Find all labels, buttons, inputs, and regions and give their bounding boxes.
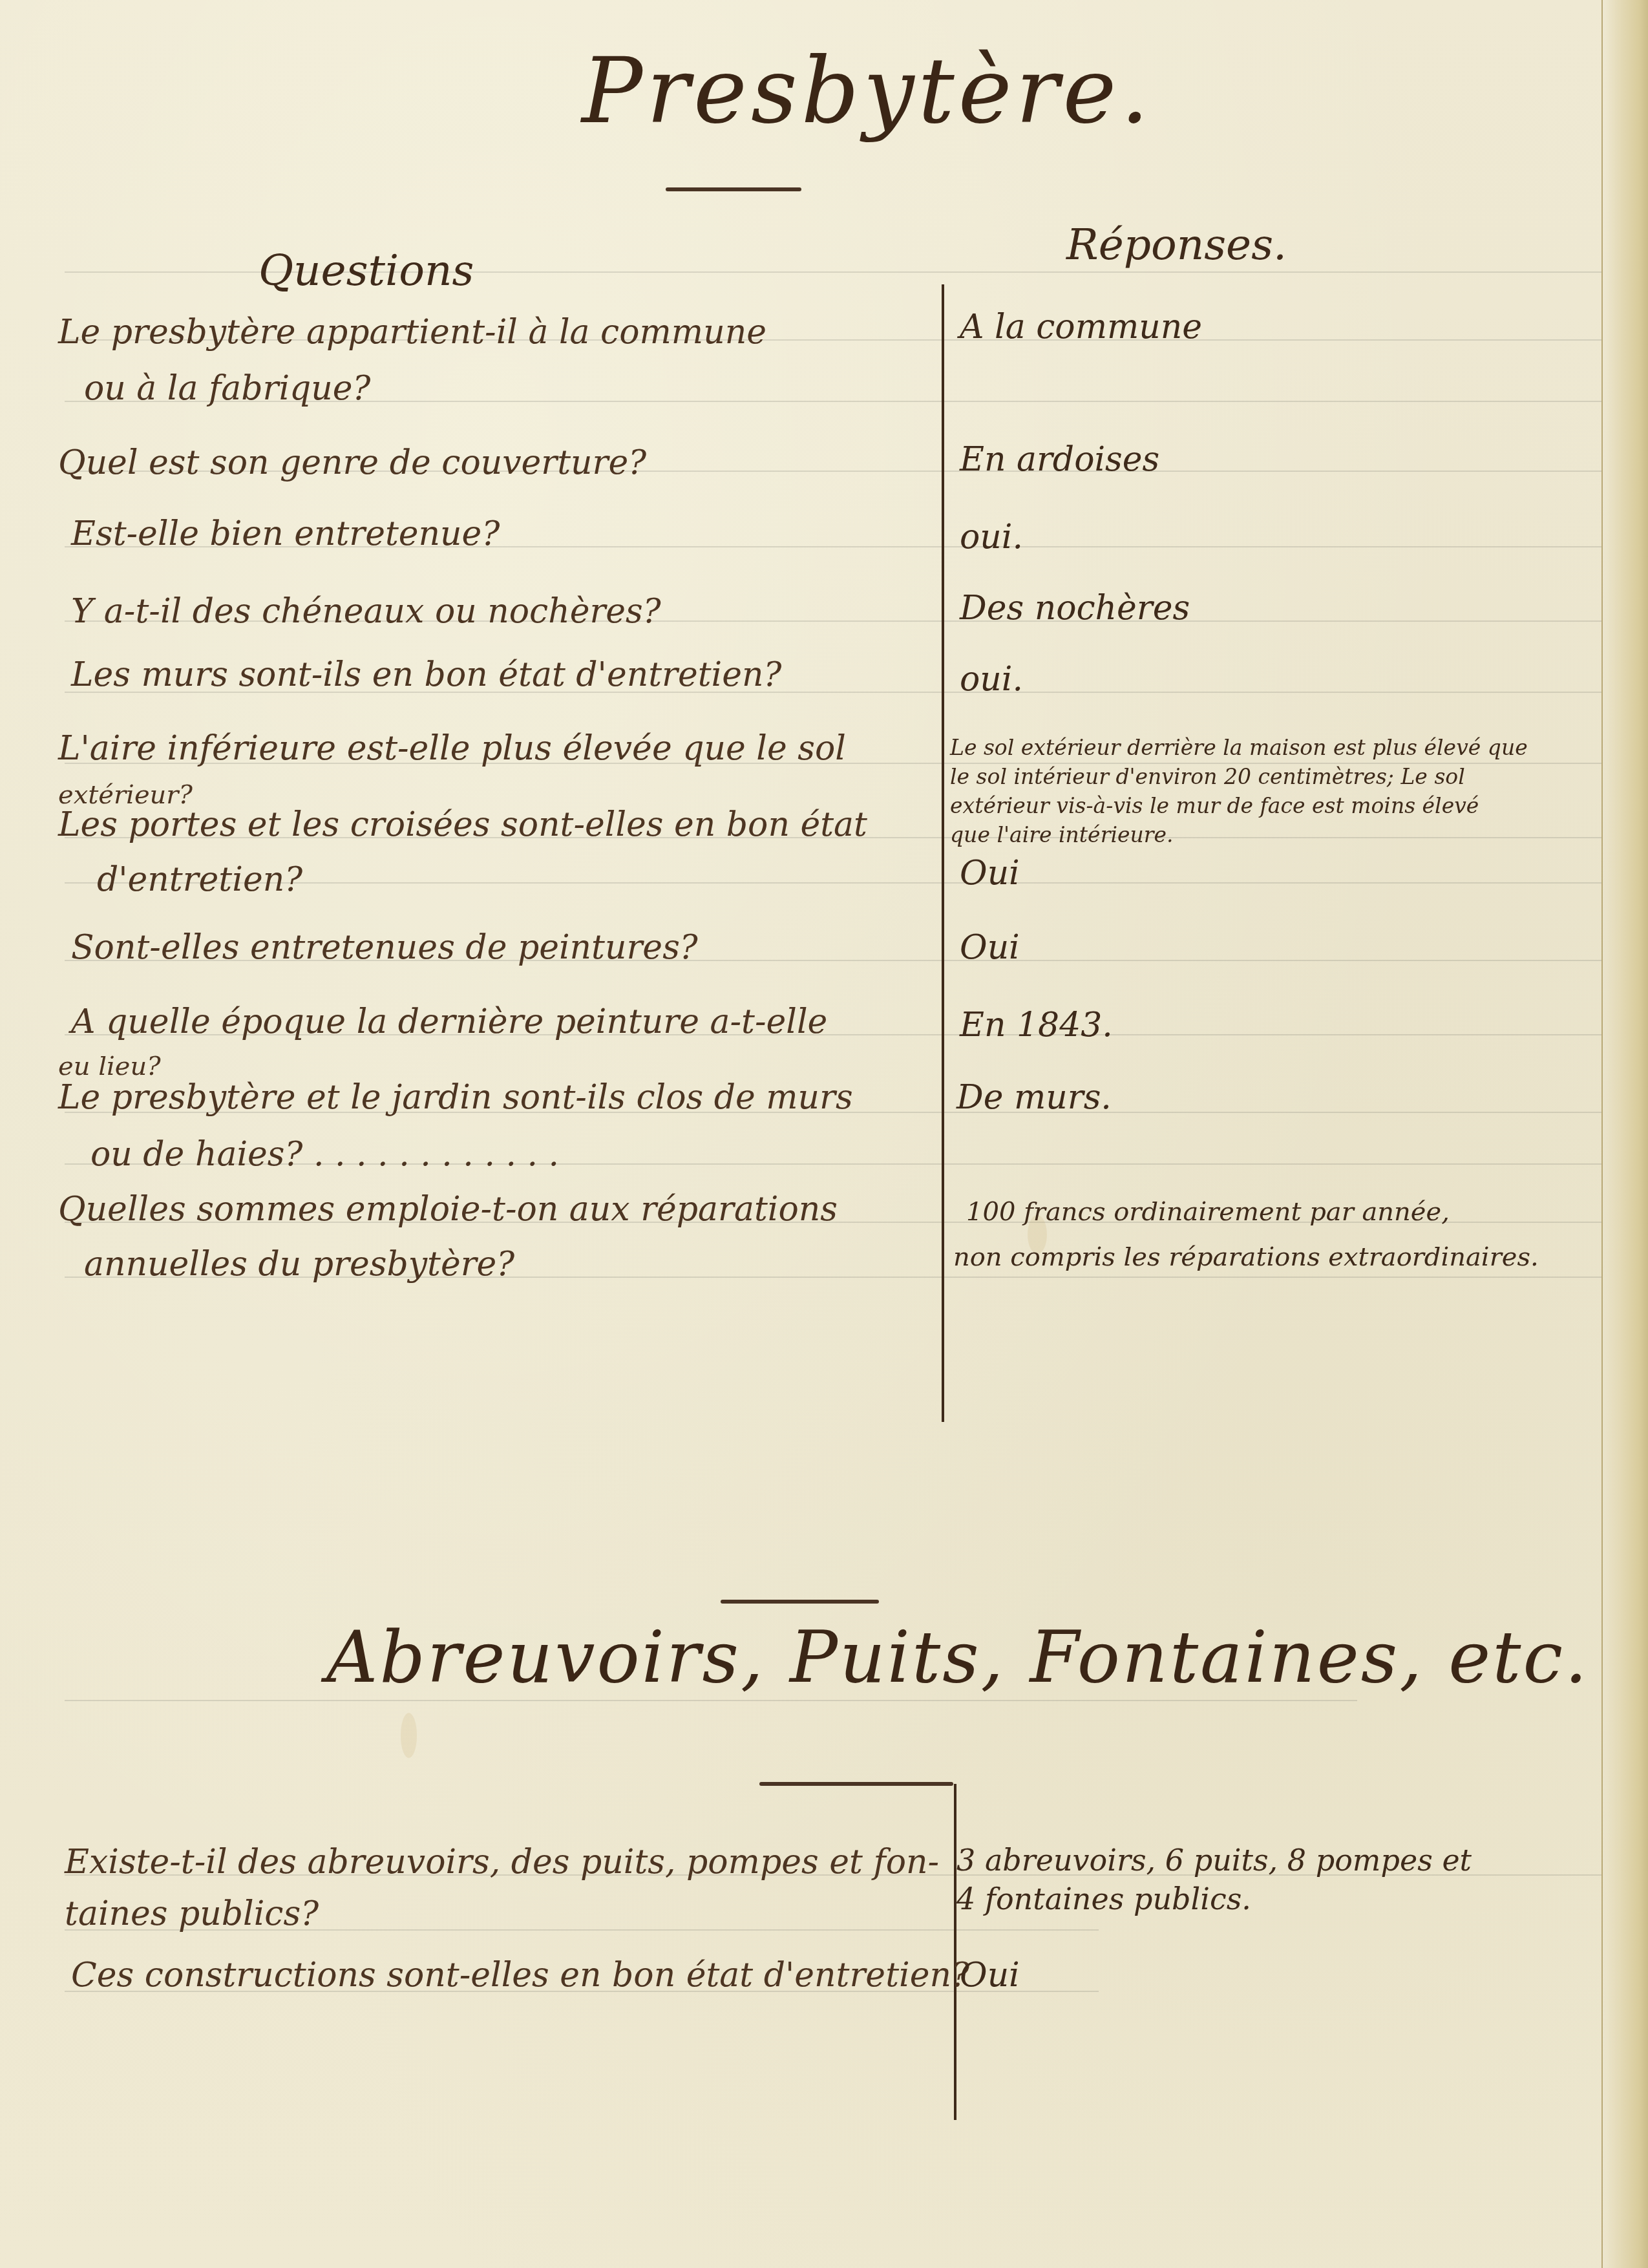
question-2: Quel est son genre de couverture? (58, 446, 646, 480)
question-11-line-1: Quelles sommes emploie-t-on aux réparati… (58, 1192, 838, 1226)
section-title-presbytere: Presbytère. (582, 39, 1153, 144)
answer-6-line-1: Le sol extérieur derrière la maison est … (950, 737, 1528, 758)
column-divider (954, 1784, 956, 2120)
paper-stain (401, 1713, 417, 1758)
title-underline (666, 187, 801, 191)
answer-3: oui. (960, 520, 1023, 554)
question-6-line-1: L'aire inférieure est-elle plus élevée q… (58, 732, 846, 765)
answer-10: De murs. (956, 1081, 1112, 1114)
column-divider (942, 284, 944, 1422)
question-9-line-2: eu lieu? (58, 1054, 161, 1079)
s2-answer-1-line-1: 3 abreuvoirs, 6 puits, 8 pompes et (956, 1845, 1472, 1875)
answer-4: Des nochères (960, 591, 1190, 625)
question-10-line-1: Le presbytère et le jardin sont-ils clos… (58, 1081, 853, 1114)
answer-11-line-2: non compris les réparations extraordinai… (953, 1244, 1539, 1270)
answer-6-line-2: le sol intérieur d'environ 20 centimètre… (950, 766, 1465, 787)
answers-header: Réponses. (1066, 220, 1287, 270)
section2-top-rule (721, 1600, 879, 1604)
s2-answer-2: Oui (960, 1958, 1020, 1992)
question-6-line-2: extérieur? (58, 782, 193, 808)
answer-6-line-3: extérieur vis-à-vis le mur de face est m… (950, 795, 1479, 816)
question-8: Sont-elles entretenues de peintures? (71, 931, 698, 964)
questions-header: Questions (259, 246, 474, 295)
answer-2: En ardoises (960, 443, 1159, 476)
question-9-line-1: A quelle époque la dernière peinture a-t… (71, 1005, 827, 1039)
answer-11-line-1: 100 francs ordinairement par année, (966, 1199, 1450, 1225)
question-3: Est-elle bien entretenue? (71, 517, 500, 551)
answer-1: A la commune (960, 310, 1202, 344)
question-7-line-1: Les portes et les croisées sont-elles en… (58, 808, 867, 842)
question-1-line-1: Le presbytère appartient-il à la commune (58, 315, 766, 349)
question-1-line-2: ou à la fabrique? (84, 372, 370, 405)
ruled-line (65, 1700, 1357, 1701)
answer-8: Oui (960, 931, 1020, 964)
section-title-abreuvoirs: Abreuvoirs, Puits, Fontaines, etc. (326, 1616, 1589, 1699)
question-5: Les murs sont-ils en bon état d'entretie… (71, 658, 781, 692)
question-10-line-2: ou de haies? . . . . . . . . . . . . (90, 1138, 559, 1171)
answer-5: oui. (960, 662, 1023, 696)
answer-7: Oui (960, 856, 1020, 890)
s2-question-2: Ces constructions sont-elles en bon état… (71, 1958, 969, 1992)
question-7-line-2: d'entretien? (97, 863, 302, 896)
page-edge (1601, 0, 1648, 2268)
question-4: Y a-t-il des chéneaux ou nochères? (71, 595, 661, 628)
section2-bottom-rule (759, 1782, 953, 1786)
answer-6-line-4: que l'aire intérieure. (950, 824, 1174, 845)
s2-question-1-line-2: taines publics? (65, 1897, 319, 1931)
question-11-line-2: annuelles du presbytère? (84, 1247, 514, 1281)
s2-answer-1-line-2: 4 fontaines publics. (956, 1884, 1251, 1914)
answer-9: En 1843. (960, 1008, 1113, 1042)
s2-question-1-line-1: Existe-t-il des abreuvoirs, des puits, p… (65, 1845, 939, 1879)
